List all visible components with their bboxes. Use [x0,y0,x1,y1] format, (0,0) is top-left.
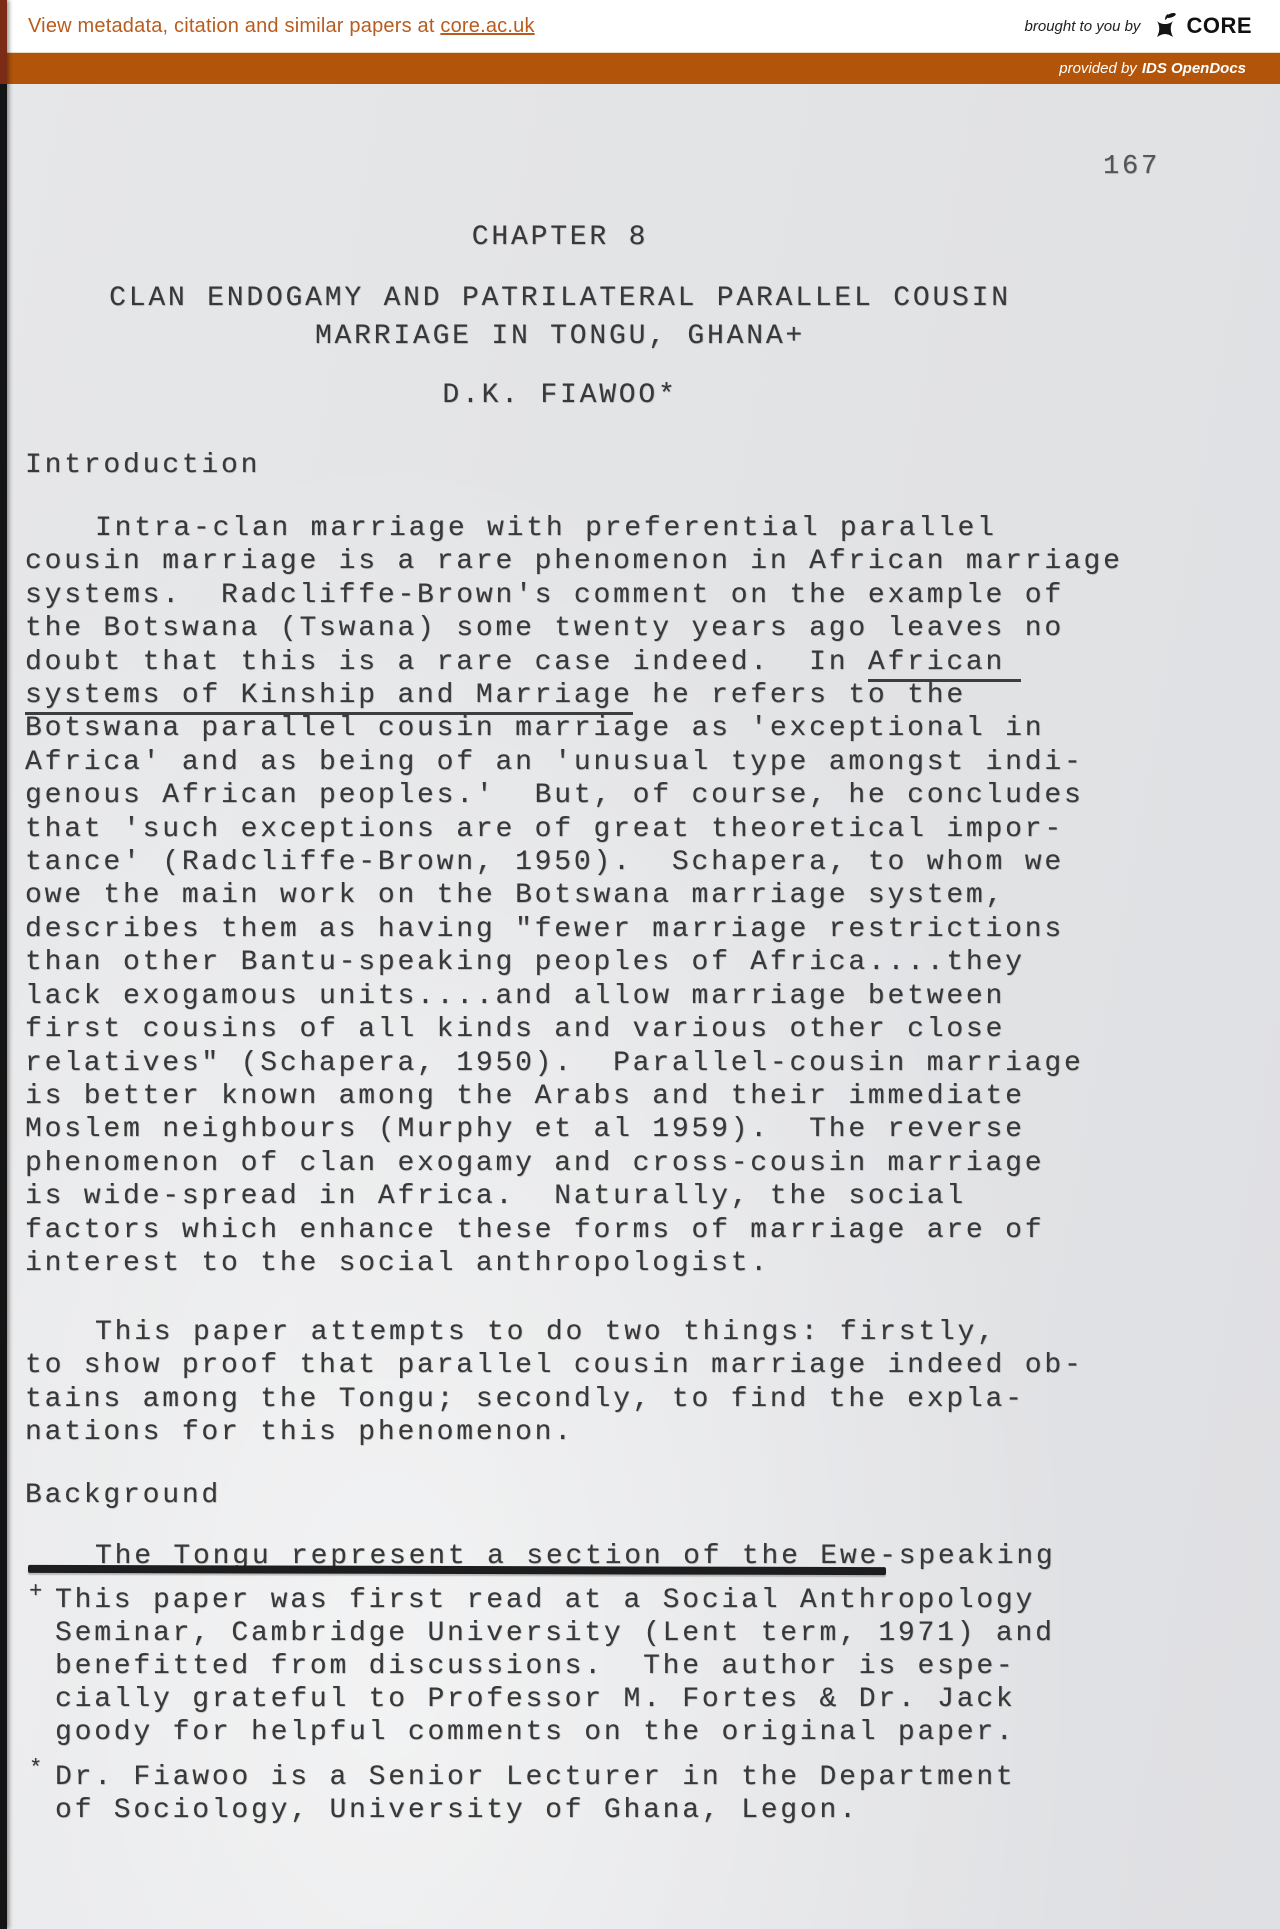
core-apple-logo-icon [1152,12,1178,40]
core-wordmark: CORE [1186,13,1252,39]
core-ac-uk-link[interactable]: core.ac.uk [440,15,534,37]
text-line: systems of Kinship and Marriage he refer… [25,679,1123,712]
banner-message: View metadata, citation and similar pape… [28,15,535,38]
section-heading-background: Background [25,1480,221,1511]
text-line: the Botswana (Tswana) some twenty years … [25,612,1123,645]
text-segment: doubt that this is a rare case indeed. I… [25,647,868,678]
provided-by-link[interactable]: provided byIDS OpenDocs [1059,60,1246,77]
text-line: tains among the Tongu; secondly, to find… [25,1383,1084,1416]
provided-by-prefix: provided by [1059,60,1137,77]
footnote-separator-rule [28,1565,886,1575]
text-line: interest to the social anthropologist. [25,1247,1123,1280]
footnote-marker-asterisk: * [29,1752,45,1785]
banner-text: View metadata, citation and similar pape… [28,15,440,37]
text-line: than other Bantu-speaking peoples of Afr… [25,946,1123,979]
text-line: first cousins of all kinds and various o… [25,1013,1123,1046]
text-line: to show proof that parallel cousin marri… [25,1349,1084,1382]
text-line: Dr. Fiawoo is a Senior Lecturer in the D… [55,1761,1016,1794]
text-line: genous African peoples.' But, of course,… [25,779,1123,812]
chapter-heading: CHAPTER 8 [0,222,1120,253]
text-line: is wide-spread in Africa. Naturally, the… [25,1180,1123,1213]
text-line: factors which enhance these forms of mar… [25,1214,1123,1247]
author-name: D.K. FIAWOO* [0,380,1120,411]
footnote-2: * Dr. Fiawoo is a Senior Lecturer in the… [55,1761,1016,1827]
text-line: nations for this phenomenon. [25,1416,1084,1449]
provider-bar: provided byIDS OpenDocs [0,52,1280,84]
paper-title-line-1: CLAN ENDOGAMY AND PATRILATERAL PARALLEL … [0,280,1120,318]
text-line: lack exogamous units....and allow marria… [25,980,1123,1013]
text-line: systems. Radcliffe-Brown's comment on th… [25,579,1123,612]
text-line: cousin marriage is a rare phenomenon in … [25,545,1123,578]
text-line: that 'such exceptions are of great theor… [25,813,1123,846]
text-line: Botswana parallel cousin marriage as 'ex… [25,712,1123,745]
text-line: phenomenon of clan exogamy and cross-cou… [25,1147,1123,1180]
text-line: owe the main work on the Botswana marria… [25,879,1123,912]
text-line: benefitted from discussions. The author … [55,1650,1055,1683]
text-line: of Sociology, University of Ghana, Legon… [55,1794,1016,1827]
core-brand[interactable]: brought to you by CORE [1025,12,1252,40]
text-line: tance' (Radcliffe-Brown, 1950). Schapera… [25,846,1123,879]
scanned-document-page: 167 CHAPTER 8 CLAN ENDOGAMY AND PATRILAT… [0,84,1280,1929]
text-line: Intra-clan marriage with preferential pa… [25,512,1123,545]
text-line: is better known among the Arabs and thei… [25,1080,1123,1113]
core-banner: View metadata, citation and similar pape… [0,0,1280,52]
text-line: goody for helpful comments on the origin… [55,1716,1055,1749]
page-number: 167 [1103,152,1160,182]
text-line: Moslem neighbours (Murphy et al 1959). T… [25,1113,1123,1146]
underlined-book-title: systems of Kinship and Marriage [25,680,633,715]
text-line: relatives" (Schapera, 1950). Parallel-co… [25,1047,1123,1080]
paper-title: CLAN ENDOGAMY AND PATRILATERAL PARALLEL … [0,280,1120,356]
underlined-book-title: African [868,647,1021,682]
section-heading-introduction: Introduction [25,450,260,481]
text-line: Africa' and as being of an 'unusual type… [25,746,1123,779]
paper-title-line-2: MARRIAGE IN TONGU, GHANA+ [0,318,1120,356]
text-line: doubt that this is a rare case indeed. I… [25,646,1123,679]
brought-to-you-by-text: brought to you by [1025,18,1141,35]
text-line: This paper attempts to do two things: fi… [25,1316,1084,1349]
footnote-1: + This paper was first read at a Social … [55,1584,1055,1749]
text-line: Seminar, Cambridge University (Lent term… [55,1617,1055,1650]
text-segment: he refers to the [633,680,966,711]
paragraph-aims: This paper attempts to do two things: fi… [25,1316,1084,1450]
paragraph-introduction: Intra-clan marriage with preferential pa… [25,512,1123,1280]
text-line: This paper was first read at a Social An… [55,1584,1055,1617]
provider-name: IDS OpenDocs [1142,60,1246,77]
text-line: describes them as having "fewer marriage… [25,913,1123,946]
footnote-marker-plus: + [29,1575,45,1608]
text-line: cially grateful to Professor M. Fortes &… [55,1683,1055,1716]
